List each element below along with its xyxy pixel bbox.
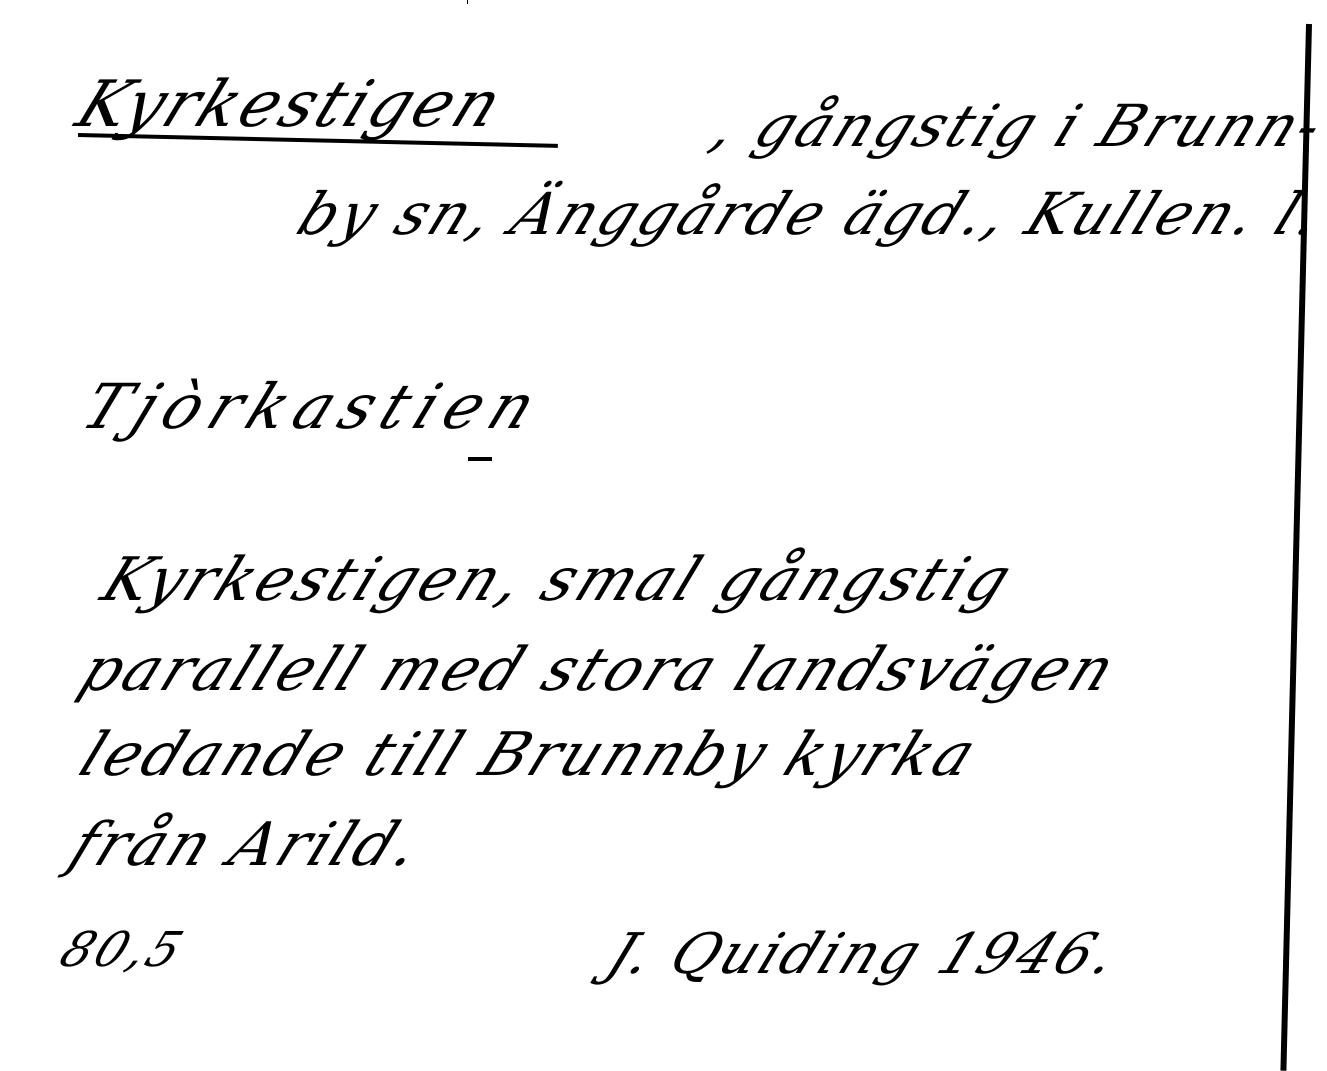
reference-number: 80,5 bbox=[52, 922, 194, 978]
scan-mark bbox=[467, 0, 468, 4]
location-line: by sn, Änggårde ägd., Kullen. l. bbox=[288, 180, 1327, 248]
description-line: Kyrkestigen, smal gångstig bbox=[92, 545, 1024, 615]
headword: Kyrkestigen bbox=[66, 68, 515, 142]
description-line: ledande till Brunnby kyrka bbox=[70, 720, 989, 790]
description-line: parallell med stora landsvägen bbox=[70, 635, 1128, 705]
headword-continuation: , gångstig i Brunn- bbox=[702, 92, 1327, 160]
description-line: från Arild. bbox=[60, 810, 434, 880]
signature: J. Quiding 1946. bbox=[598, 922, 1130, 987]
dialect-underline-mark bbox=[468, 457, 492, 461]
dialect-form: Tjòrkastien bbox=[72, 370, 556, 443]
